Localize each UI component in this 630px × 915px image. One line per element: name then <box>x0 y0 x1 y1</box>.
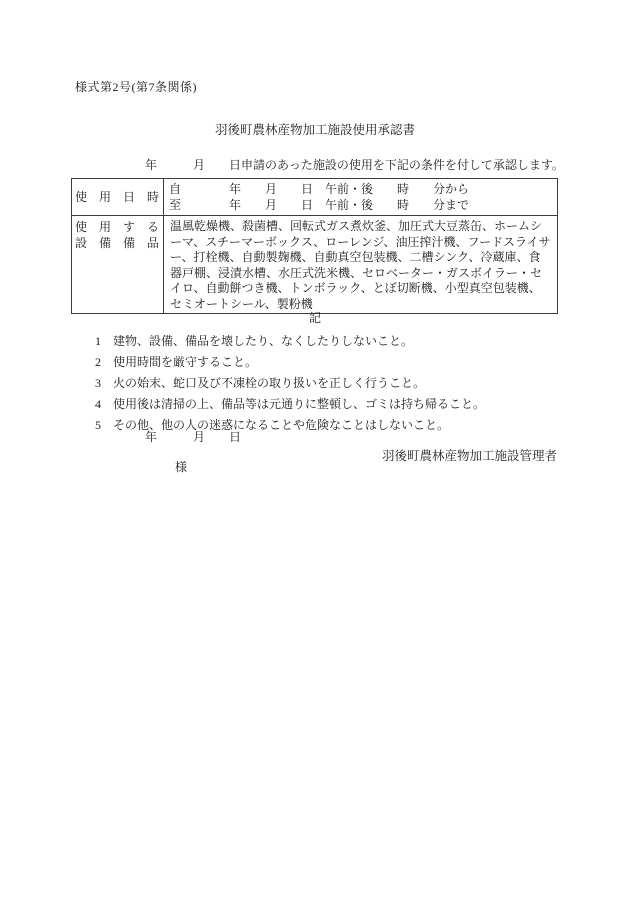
list-item: 1建物、設備、備品を壊したり、なくしたりしないこと。 <box>95 331 485 352</box>
notes-heading: 記 <box>0 311 630 326</box>
approval-statement: 年 月 日申請のあった施設の使用を下記の条件を付して承認します。 <box>145 158 564 173</box>
list-item: 4使用後は清掃の上、備品等は元通りに整頓し、ゴミは持ち帰ること。 <box>95 394 485 415</box>
page-title: 羽後町農林産物加工施設使用承認書 <box>0 123 630 138</box>
note-text: 使用後は清掃の上、備品等は元通りに整頓し、ゴミは持ち帰ること。 <box>113 397 485 411</box>
issuer-name: 羽後町農林産物加工施設管理者 <box>382 449 557 464</box>
note-text: 使用時間を厳守すること。 <box>113 355 257 369</box>
table-row-usage-datetime: 使 用 日 時 自 年 月 日 午前・後 時 分から 至 年 月 日 午前・後 … <box>72 179 558 216</box>
form-number: 様式第2号(第7条関係) <box>75 80 197 95</box>
equipment-label: 使 用 す る 設 備 備 品 <box>72 216 164 314</box>
footer-date-line: 年 月 日 <box>145 430 241 445</box>
usage-datetime-label: 使 用 日 時 <box>72 179 164 216</box>
equipment-label-line-1: 使 用 す る <box>75 219 160 235</box>
list-item: 2使用時間を厳守すること。 <box>95 352 485 373</box>
note-text: 建物、設備、備品を壊したり、なくしたりしないこと。 <box>113 334 413 348</box>
list-item: 3火の始末、蛇口及び不凍栓の取り扱いを正しく行うこと。 <box>95 373 485 394</box>
addressee-label: 様 <box>175 460 187 475</box>
note-number: 2 <box>95 352 113 373</box>
notes-list: 1建物、設備、備品を壊したり、なくしたりしないこと。 2使用時間を厳守すること。… <box>95 331 485 436</box>
equipment-list: 温風乾燥機、殺菌槽、回転式ガス煮炊釜、加圧式大豆蒸缶、ホームシーマ、スチーマーボ… <box>164 216 558 314</box>
usage-datetime-value: 自 年 月 日 午前・後 時 分から 至 年 月 日 午前・後 時 分まで <box>164 179 558 216</box>
table-row-equipment: 使 用 す る 設 備 備 品 温風乾燥機、殺菌槽、回転式ガス煮炊釜、加圧式大豆… <box>72 216 558 314</box>
note-number: 1 <box>95 331 113 352</box>
usage-from-line: 自 年 月 日 午前・後 時 分から <box>169 181 552 197</box>
usage-to-line: 至 年 月 日 午前・後 時 分まで <box>169 197 552 213</box>
usage-conditions-table: 使 用 日 時 自 年 月 日 午前・後 時 分から 至 年 月 日 午前・後 … <box>71 178 558 314</box>
note-number: 3 <box>95 373 113 394</box>
note-text: 火の始末、蛇口及び不凍栓の取り扱いを正しく行うこと。 <box>113 376 425 390</box>
document-page: 様式第2号(第7条関係) 羽後町農林産物加工施設使用承認書 年 月 日申請のあっ… <box>0 0 630 915</box>
equipment-label-line-2: 設 備 備 品 <box>75 235 160 251</box>
note-number: 5 <box>95 415 113 436</box>
note-number: 4 <box>95 394 113 415</box>
